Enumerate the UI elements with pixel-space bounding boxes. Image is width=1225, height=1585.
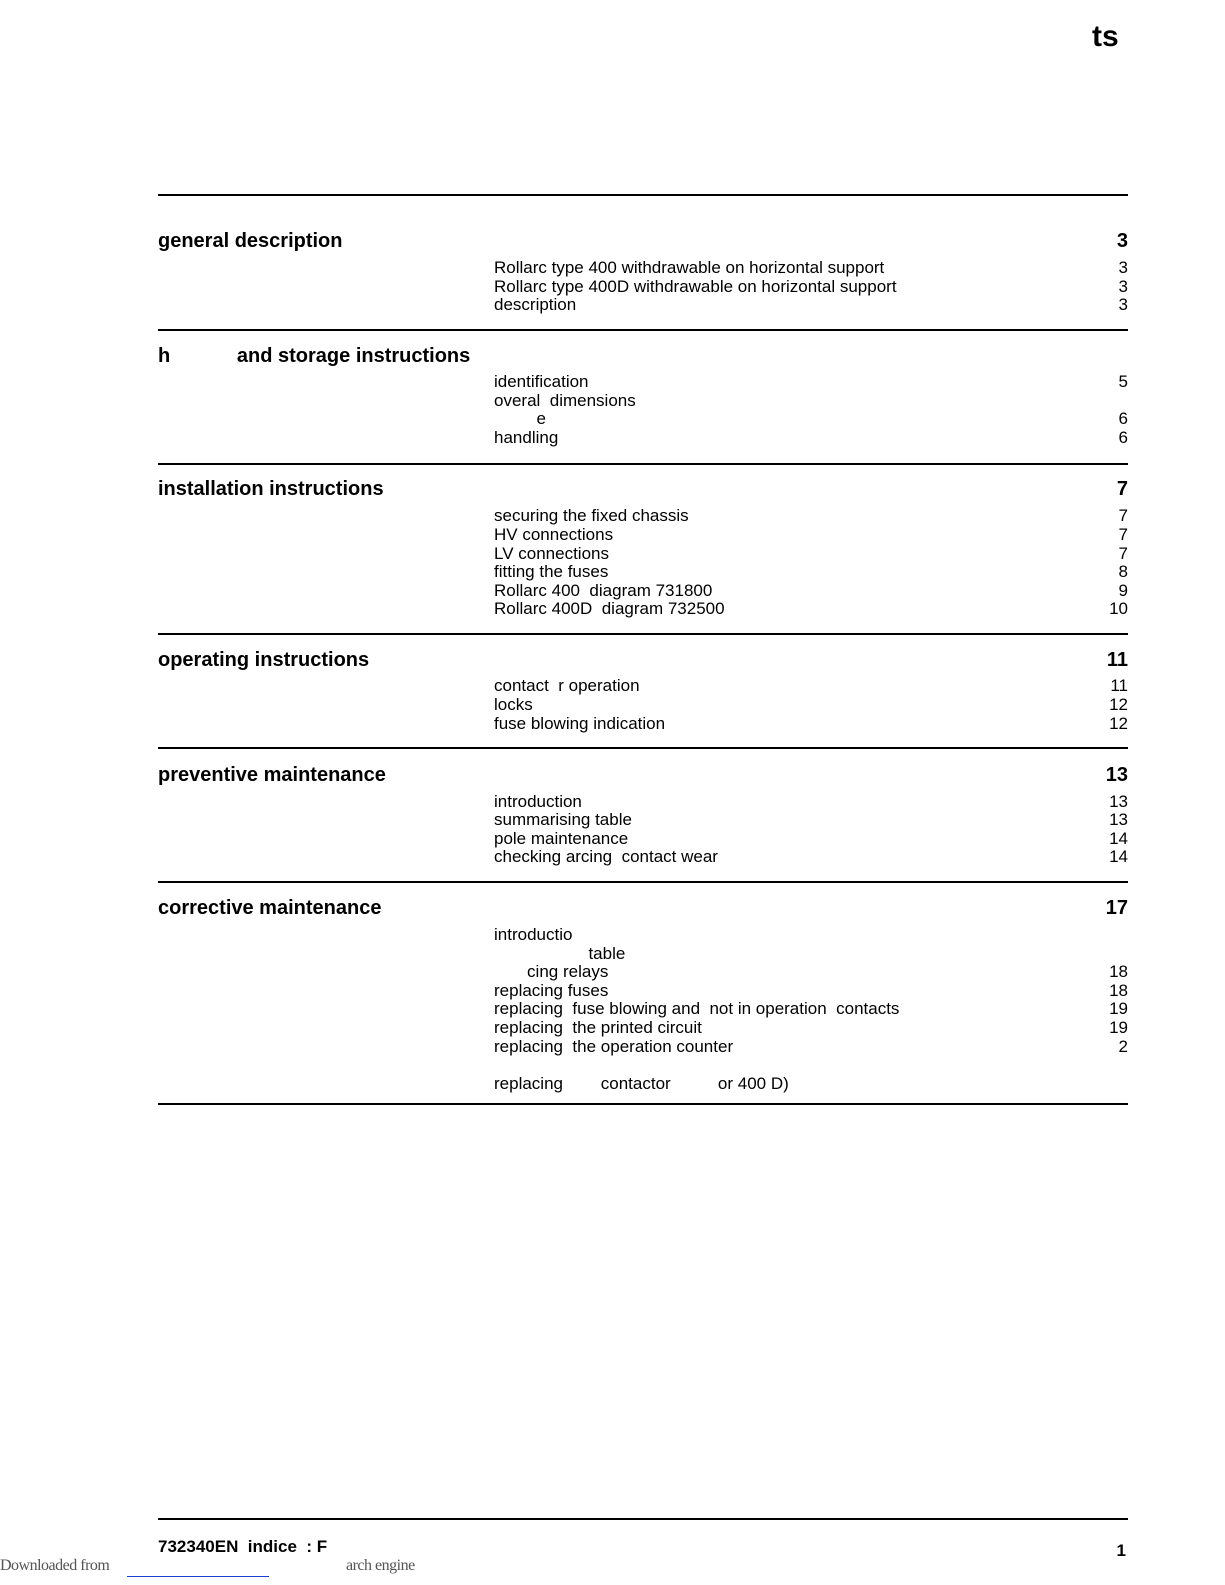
toc-entry[interactable]: replacing the printed circuit (494, 1019, 702, 1037)
toc-entry[interactable]: LV connections (494, 545, 609, 563)
toc-entry[interactable]: description (494, 296, 576, 314)
toc-entry[interactable]: Rollarc type 400D withdrawable on horizo… (494, 278, 897, 296)
toc-entry-page: 8 (1119, 563, 1128, 581)
section-page: 17 (1106, 897, 1128, 920)
section-divider (158, 633, 1128, 635)
toc-entry[interactable]: replacing the operation counter (494, 1038, 733, 1056)
toc-entry[interactable]: introductio (494, 926, 572, 944)
section-title: preventive maintenance (158, 764, 386, 787)
toc-entry[interactable]: Rollarc 400D diagram 732500 (494, 600, 725, 618)
toc-entry-page: 12 (1109, 715, 1128, 733)
toc-entry[interactable]: locks (494, 696, 533, 714)
toc-entry[interactable]: cing relays (494, 963, 608, 981)
toc-entry[interactable]: table (494, 945, 625, 963)
section-divider (158, 463, 1128, 465)
section-title: h and storage instructions (158, 345, 470, 368)
page-number: 1 (1117, 1541, 1126, 1561)
toc-entry[interactable]: replacing fuses (494, 982, 608, 1000)
toc-entry[interactable]: HV connections (494, 526, 613, 544)
toc-entry-page: 7 (1119, 526, 1128, 544)
toc-entry-page: 7 (1119, 545, 1128, 563)
downloaded-from-text: Downloaded from (0, 1557, 109, 1575)
toc-entry[interactable]: identification (494, 373, 589, 391)
toc-entry[interactable]: introduction (494, 793, 582, 811)
toc-entry[interactable]: fuse blowing indication (494, 715, 665, 733)
section-page: 3 (1117, 230, 1128, 253)
toc-entry[interactable]: summarising table (494, 811, 632, 829)
toc-entry-page: 10 (1109, 600, 1128, 618)
section-page: 7 (1117, 478, 1128, 501)
toc-entry[interactable]: e (494, 410, 546, 428)
section-divider (158, 747, 1128, 749)
toc-entry-page: 18 (1109, 982, 1128, 1000)
toc-entry-page: 3 (1119, 259, 1128, 277)
search-engine-text: arch engine (346, 1557, 415, 1575)
toc-entry[interactable]: fitting the fuses (494, 563, 608, 581)
section-title: corrective maintenance (158, 897, 381, 920)
toc-entry[interactable]: handling (494, 429, 558, 447)
section-divider (158, 1103, 1128, 1105)
toc-entry-page: 19 (1109, 1019, 1128, 1037)
section-divider (158, 329, 1128, 331)
toc-entry-page: 6 (1119, 410, 1128, 428)
top-rule (158, 194, 1128, 196)
toc-entry[interactable]: replacing fuse blowing and not in operat… (494, 1000, 899, 1018)
toc-entry-page: 5 (1119, 373, 1128, 391)
toc-entry[interactable]: overal dimensions (494, 392, 636, 410)
section-page: 13 (1106, 764, 1128, 787)
document-code: 732340EN indice : F (158, 1537, 327, 1557)
toc-entry[interactable]: replacing contactor or 400 D) (494, 1075, 789, 1093)
section-divider (158, 881, 1128, 883)
toc-entry-page: 14 (1109, 848, 1128, 866)
download-source-link[interactable] (127, 1576, 269, 1577)
toc-entry-page: 11 (1110, 677, 1128, 695)
toc-entry[interactable]: Rollarc 400 diagram 731800 (494, 582, 712, 600)
toc-entry-page: 3 (1119, 296, 1128, 314)
toc-entry-page: 19 (1109, 1000, 1128, 1018)
toc-entry-page: 2 (1119, 1038, 1128, 1056)
toc-entry-page: 13 (1109, 793, 1128, 811)
toc-entry-page: 14 (1109, 830, 1128, 848)
toc-entry[interactable]: checking arcing contact wear (494, 848, 718, 866)
toc-entry-page: 6 (1119, 429, 1128, 447)
toc-entry-page: 9 (1119, 582, 1128, 600)
footer-rule (158, 1518, 1128, 1520)
section-title: operating instructions (158, 649, 369, 672)
toc-entry-page: 7 (1119, 507, 1128, 525)
toc-entry-page: 18 (1109, 963, 1128, 981)
toc-entry-page: 13 (1109, 811, 1128, 829)
toc-entry-page: 3 (1119, 278, 1128, 296)
toc-entry[interactable]: securing the fixed chassis (494, 507, 689, 525)
toc-entry[interactable]: pole maintenance (494, 830, 628, 848)
section-title: general description (158, 230, 343, 253)
section-title: installation instructions (158, 478, 384, 501)
toc-entry-page: 12 (1109, 696, 1128, 714)
toc-entry[interactable]: Rollarc type 400 withdrawable on horizon… (494, 259, 884, 277)
section-page: 11 (1107, 649, 1128, 672)
toc-entry[interactable]: contact r operation (494, 677, 640, 695)
corner-title: ts (1092, 20, 1119, 54)
